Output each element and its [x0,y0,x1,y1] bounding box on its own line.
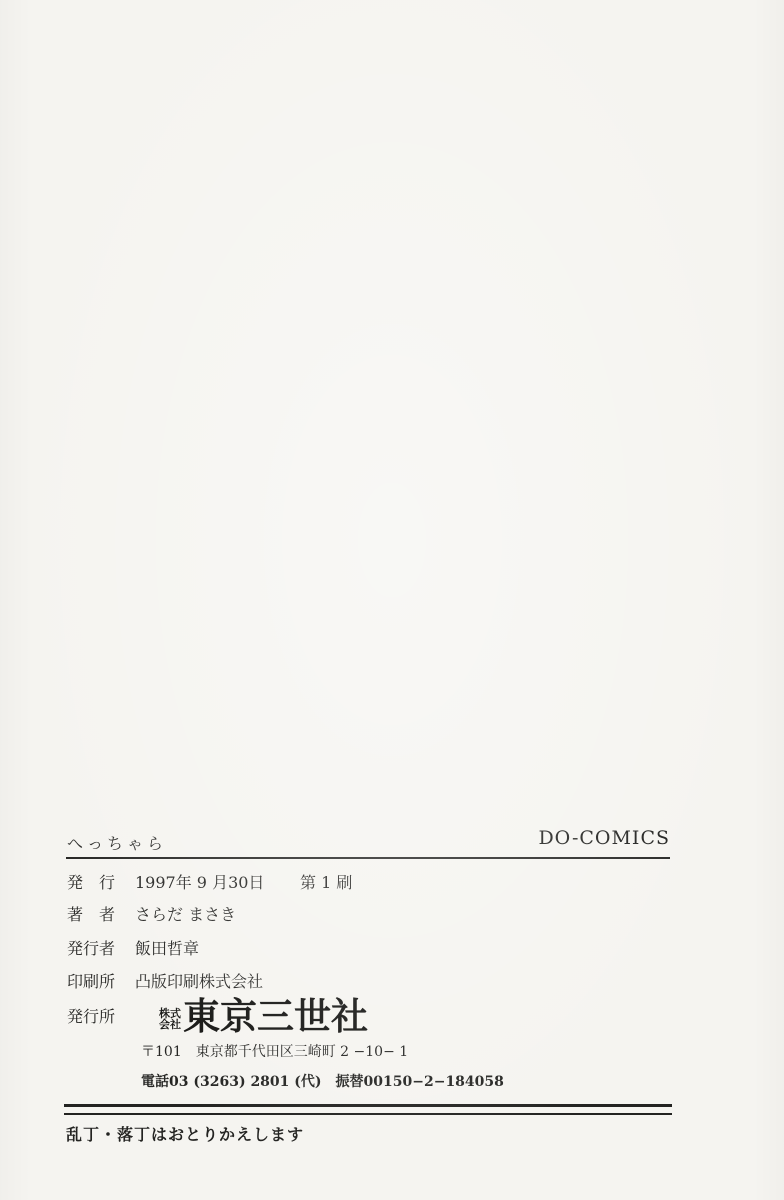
publisher-address: 〒101 東京都千代田区三崎町 2 −10− 1 [141,1041,408,1061]
header-rule [66,857,670,859]
publishing-house-row: 発行所 株式 会社 東京三世社 [67,998,368,1035]
printer-company-name: 凸版印刷株式会社 [135,969,263,992]
issue-row-label: 発 行 [67,870,115,893]
publisher-person-name: 飯田哲章 [135,936,199,959]
issue-date: 1997年 9 月30日 [135,870,264,893]
defective-copy-notice: 乱丁・落丁はおとりかえします [66,1122,304,1145]
printer-row-label: 印刷所 [67,969,115,992]
publisher-phone-postal: 電話03 (3263) 2801 (代) 振替00150−2−184058 [141,1071,504,1091]
corporation-mark-bottom: 会社 [159,1019,181,1031]
author-name: さらだ まさき [135,902,236,925]
publishing-house-logotype: 東京三世社 [183,998,368,1035]
author-row-label: 著 者 [67,902,115,925]
printing-number: 第 1 刷 [300,870,352,893]
publishing-house-row-label: 発行所 [67,1004,115,1035]
footer-double-rule [64,1104,672,1115]
imprint-brand-label: DO-COMICS [538,827,670,849]
colophon-page: へっちゃら DO-COMICS 発 行 1997年 9 月30日 第 1 刷 著… [0,0,784,1200]
book-title: へっちゃら [67,831,167,854]
corporation-mark: 株式 会社 [159,1008,181,1031]
publisher-person-row-label: 発行者 [67,936,115,959]
